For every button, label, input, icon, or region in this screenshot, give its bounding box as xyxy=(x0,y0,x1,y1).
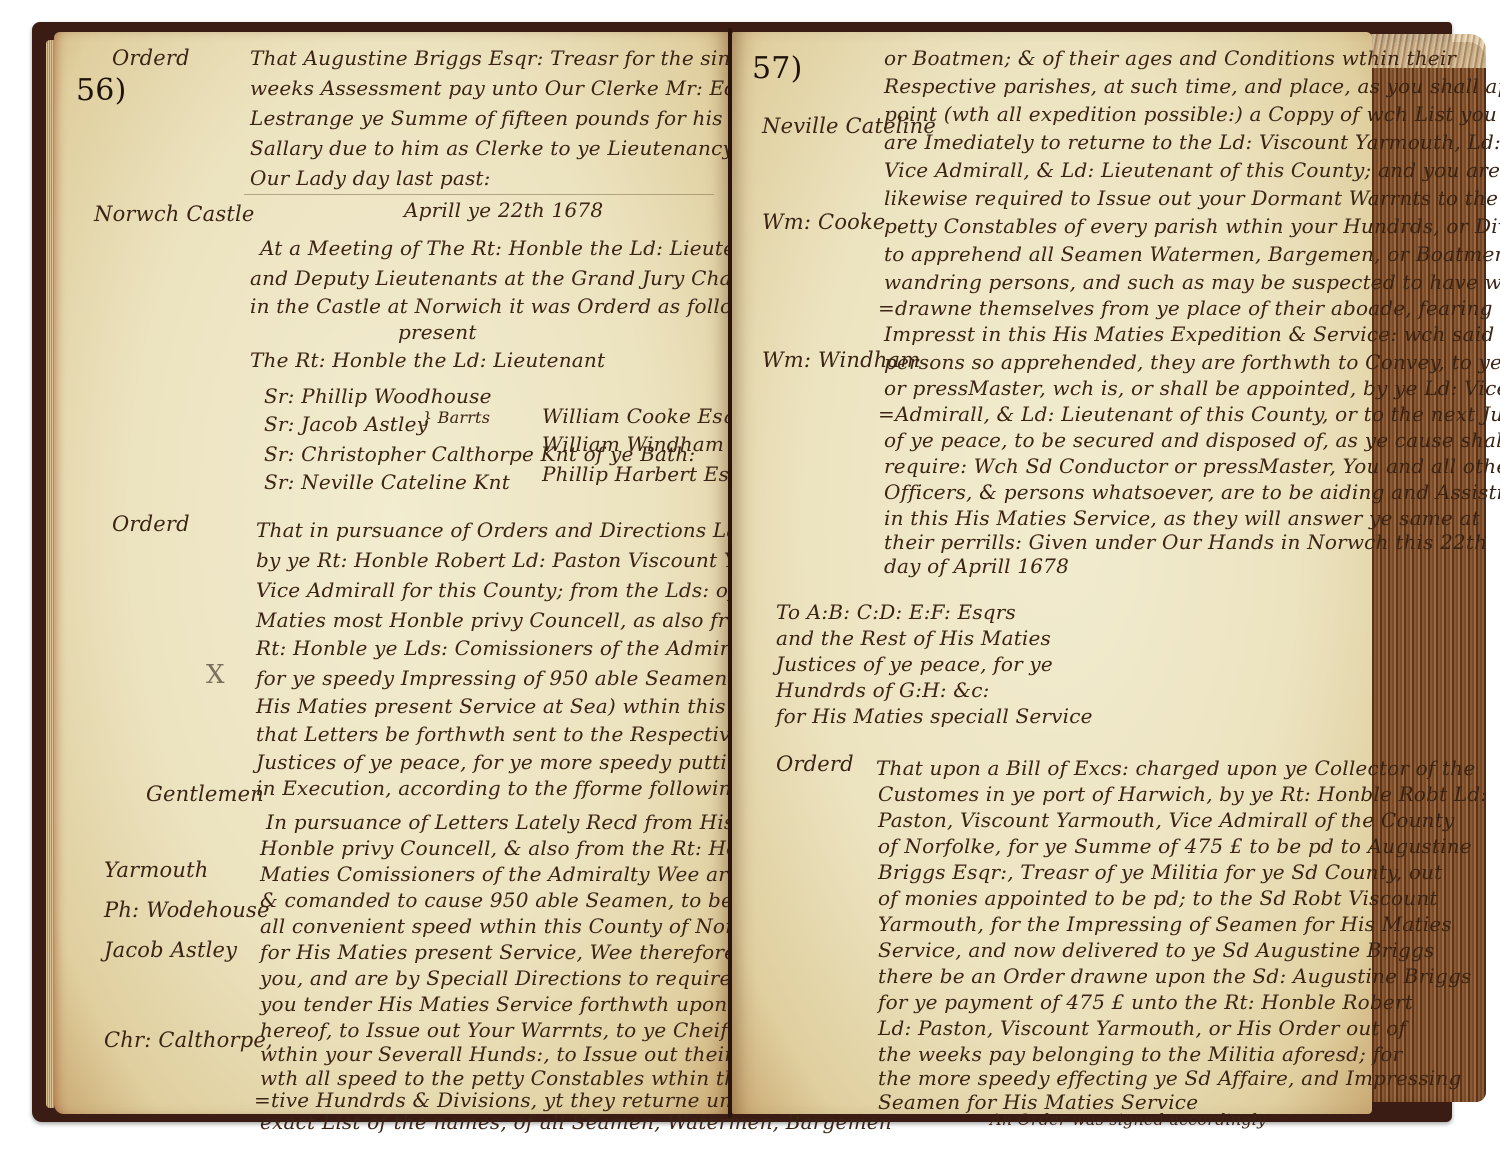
address-line: Justices of ye peace, for ye xyxy=(776,654,1053,674)
footnote: An Order was signed accordingly xyxy=(990,1112,1266,1128)
text-line: =drawne themselves from ye place of thei… xyxy=(878,298,1500,318)
attendee: Phillip Harbert Esqr xyxy=(542,464,752,484)
text-line: in the Castle at Norwich it was Orderd a… xyxy=(250,296,783,316)
page-number: 56) xyxy=(76,76,126,106)
signatory: Ph: Wodehouse xyxy=(104,900,270,921)
text-line: Yarmouth, for the Impressing of Seamen f… xyxy=(878,914,1452,934)
text-line: are Imediately to returne to the Ld: Vis… xyxy=(884,132,1500,152)
text-line: Ld: Paston, Viscount Yarmouth, or His Or… xyxy=(878,1018,1406,1038)
text-line: to apprehend all Seamen Watermen, Bargem… xyxy=(884,244,1500,264)
attendee: Sr: Neville Cateline Knt xyxy=(264,472,510,492)
entry-date: Aprill ye 22th 1678 xyxy=(404,200,603,220)
text-line: of monies appointed to be pd; to the Sd … xyxy=(878,888,1438,908)
address-line: for His Maties speciall Service xyxy=(776,706,1093,726)
attendee: Sr: Phillip Woodhouse xyxy=(264,386,492,406)
text-line: At a Meeting of The Rt: Honble the Ld: L… xyxy=(260,238,782,258)
text-line: require: Wch Sd Conductor or pressMaster… xyxy=(884,456,1500,476)
text-line: Rt: Honble ye Lds: Comissioners of the A… xyxy=(256,638,768,658)
margin-note: Norwch Castle xyxy=(94,204,255,225)
signatory: Wm: Cooke xyxy=(762,212,886,233)
text-line: that Letters be forthwth sent to the Res… xyxy=(256,724,743,744)
divider-rule xyxy=(244,194,714,195)
text-line: of Norfolke, for ye Summe of 475 £ to be… xyxy=(878,836,1472,856)
text-line: for ye speedy Impressing of 950 able Sea… xyxy=(256,668,764,688)
text-line: their perrills: Given under Our Hands in… xyxy=(884,532,1487,552)
left-page: 56) Orderd That Augustine Briggs Esqr: T… xyxy=(54,32,729,1114)
text-line: for His Maties present Service, Wee ther… xyxy=(260,942,807,962)
text-line: day of Aprill 1678 xyxy=(884,556,1069,576)
text-line: the more speedy effecting ye Sd Affaire,… xyxy=(878,1068,1462,1088)
text-line: Our Lady day last past: xyxy=(250,168,491,188)
text-line: That Augustine Briggs Esqr: Treasr for t… xyxy=(250,48,762,68)
text-line: Service, and now delivered to ye Sd Augu… xyxy=(878,940,1435,960)
text-line: Respective parishes, at such time, and p… xyxy=(884,76,1500,96)
text-line: Officers, & persons whatsoever, are to b… xyxy=(884,482,1500,502)
present-heading: present xyxy=(398,322,477,342)
text-line: persons so apprehended, they are forthwt… xyxy=(884,352,1500,372)
text-line: =Admirall, & Ld: Lieutenant of this Coun… xyxy=(878,404,1500,424)
text-line: Impresst in this His Maties Expedition &… xyxy=(884,324,1494,344)
text-line: wandring persons, and such as may be sus… xyxy=(884,272,1500,292)
text-line: or pressMaster, wch is, or shall be appo… xyxy=(884,378,1500,398)
text-line: in this His Maties Service, as they will… xyxy=(884,508,1480,528)
address-line: Hundrds of G:H: &c: xyxy=(776,680,990,700)
text-line: Briggs Esqr:, Treasr of ye Militia for y… xyxy=(878,862,1442,882)
right-page: 57) Neville Cateline Wm: Cooke Wm: Windh… xyxy=(732,32,1372,1114)
text-line: Vice Admirall for this County; from the … xyxy=(256,580,777,600)
text-line: petty Constables of every parish wthin y… xyxy=(884,216,1500,236)
text-line: the weeks pay belonging to the Militia a… xyxy=(878,1044,1402,1064)
address-line: and the Rest of His Maties xyxy=(776,628,1051,648)
page-number: 57) xyxy=(752,54,802,84)
margin-note: Orderd xyxy=(776,754,854,775)
text-line: exact List of the names, of all Seamen, … xyxy=(260,1112,892,1132)
open-ledger-book: 56) Orderd That Augustine Briggs Esqr: T… xyxy=(32,22,1484,1132)
lord-lieutenant: The Rt: Honble the Ld: Lieutenant xyxy=(250,350,605,370)
attendee: Sr: Jacob Astley xyxy=(264,414,428,434)
baronets-bracket: } Barrts xyxy=(422,410,490,426)
attendee: William Cooke Esqr xyxy=(542,406,746,426)
text-line: Maties most Honble privy Councell, as al… xyxy=(256,610,799,630)
address-line: To A:B: C:D: E:F: Esqrs xyxy=(776,602,1016,622)
text-line: of ye peace, to be secured and disposed … xyxy=(884,430,1500,450)
text-line: for ye payment of 475 £ unto the Rt: Hon… xyxy=(878,992,1413,1012)
text-line: in Execution, according to the fforme fo… xyxy=(256,778,745,798)
margin-note: Orderd xyxy=(112,48,190,69)
text-line: Customes in ye port of Harwich, by ye Rt… xyxy=(878,784,1487,804)
signatory: Chr: Calthorpe, xyxy=(104,1030,273,1051)
text-line: or Boatmen; & of their ages and Conditio… xyxy=(884,48,1456,68)
signatory: Yarmouth xyxy=(104,860,208,881)
text-line: Paston, Viscount Yarmouth, Vice Admirall… xyxy=(878,810,1455,830)
margin-note: Orderd xyxy=(112,514,190,535)
signatory: Jacob Astley xyxy=(104,940,237,961)
text-line: Vice Admirall, & Ld: Lieutenant of this … xyxy=(884,160,1500,180)
text-line: That upon a Bill of Excs: charged upon y… xyxy=(876,758,1475,778)
text-line: and Deputy Lieutenants at the Grand Jury… xyxy=(250,268,786,288)
margin-x-mark: X xyxy=(206,662,225,688)
text-line: weeks Assessment pay unto Our Clerke Mr:… xyxy=(250,78,789,98)
text-line: Seamen for His Maties Service xyxy=(878,1092,1198,1112)
text-line: all convenient speed wthin this County o… xyxy=(260,916,786,936)
text-line: point (wth all expedition possible:) a C… xyxy=(884,104,1497,124)
text-line: there be an Order drawne upon the Sd: Au… xyxy=(878,966,1471,986)
salutation: Gentlemen xyxy=(146,784,264,805)
text-line: likewise required to Issue out your Dorm… xyxy=(884,188,1498,208)
